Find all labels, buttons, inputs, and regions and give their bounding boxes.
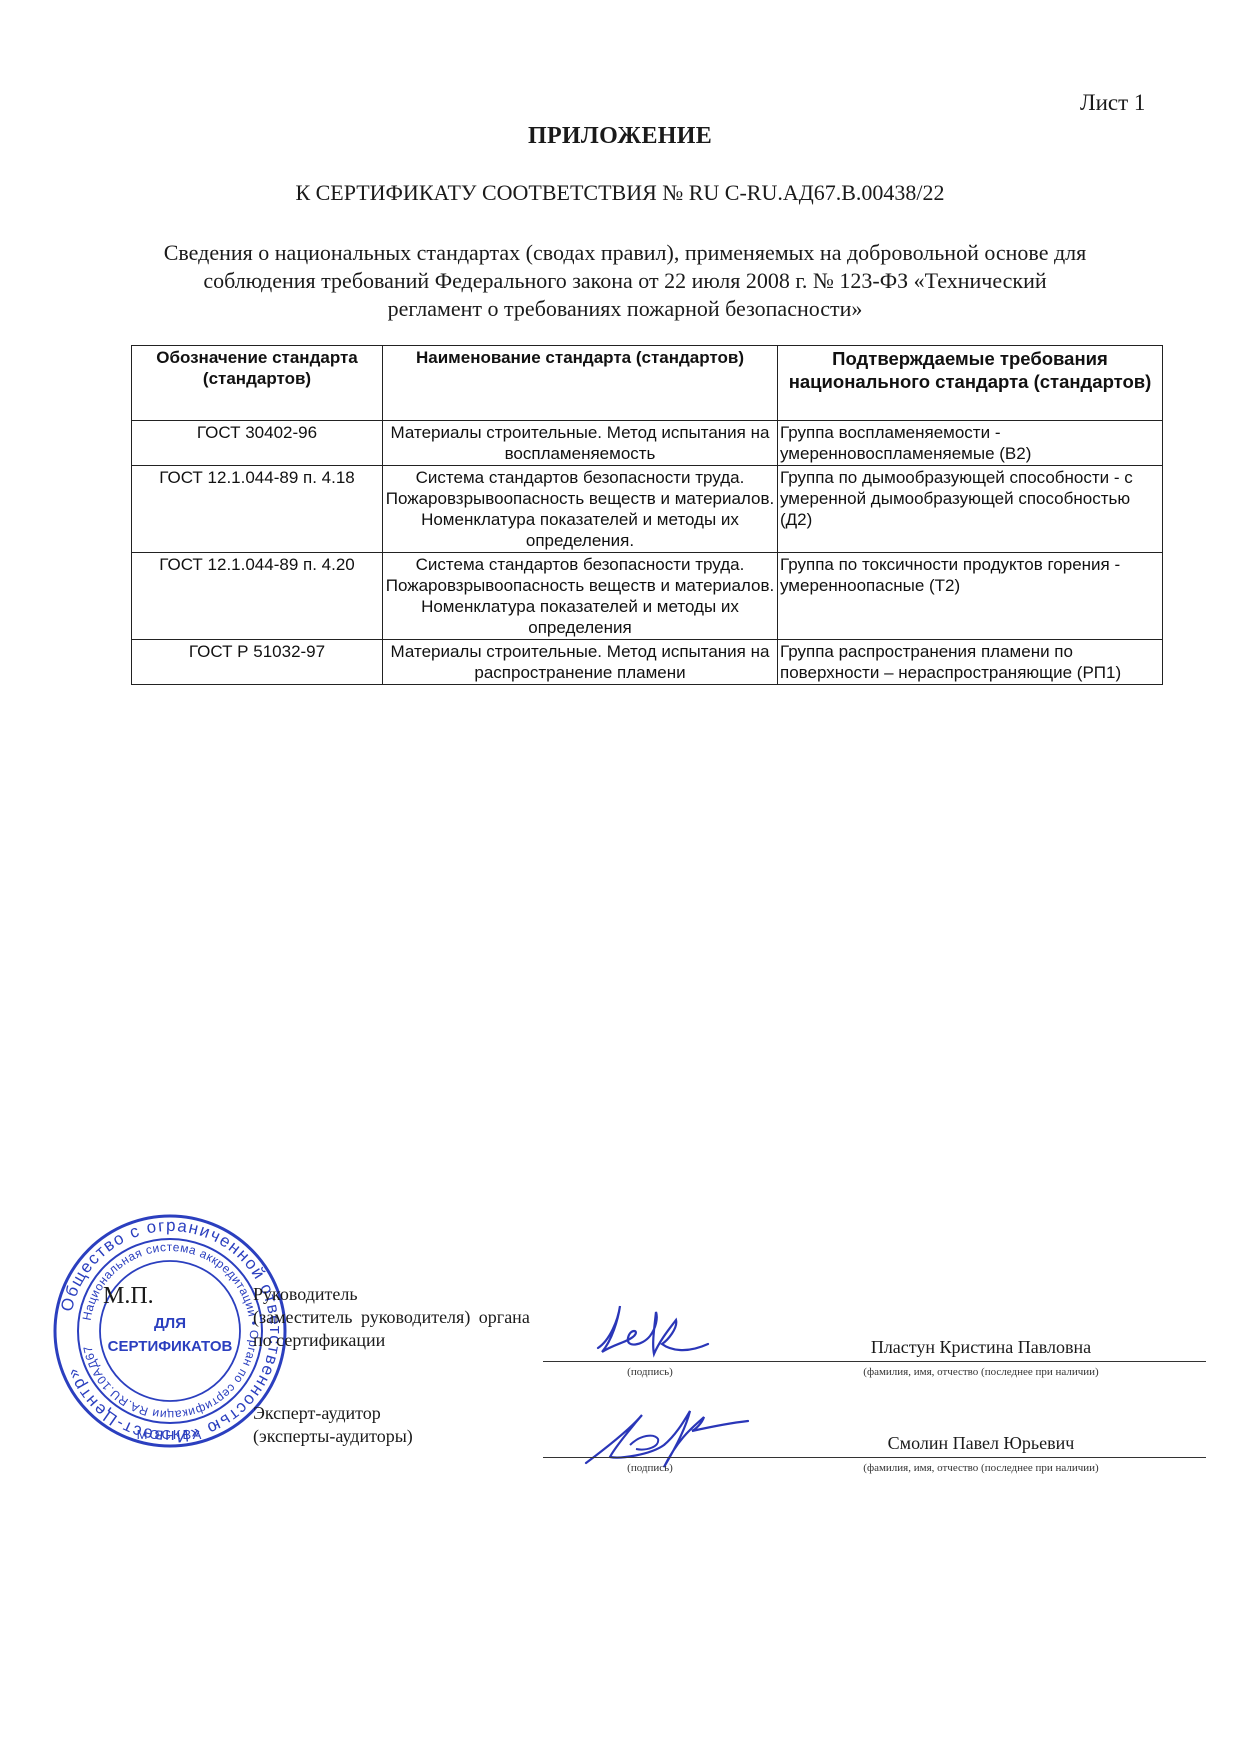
seal-label: М.П. <box>103 1283 154 1310</box>
cell-designation: ГОСТ Р 51032-97 <box>132 640 383 685</box>
cell-name: Материалы строительные. Метод испытания … <box>383 421 778 466</box>
svg-text:ДЛЯ: ДЛЯ <box>154 1315 186 1332</box>
cell-designation: ГОСТ 12.1.044-89 п. 4.20 <box>132 553 383 640</box>
role-line: по сертификации <box>253 1329 543 1352</box>
svg-text:СЕРТИФИКАТОВ: СЕРТИФИКАТОВ <box>108 1338 233 1355</box>
name-caption: (фамилия, имя, отчество (последнее при н… <box>756 1462 1206 1474</box>
table-row: ГОСТ Р 51032-97 Материалы строительные. … <box>132 640 1163 685</box>
certificate-reference: К СЕРТИФИКАТУ СООТВЕТСТВИЯ № RU C-RU.АД6… <box>0 180 1240 206</box>
head-role: Руководитель (заместитель руководителя) … <box>253 1283 543 1352</box>
role-line: Руководитель <box>253 1283 543 1306</box>
signature-caption: (подпись) <box>543 1366 757 1378</box>
column-header-designation: Обозначение стандарта (стандартов) <box>132 346 383 421</box>
standards-table: Обозначение стандарта (стандартов) Наиме… <box>131 345 1163 685</box>
role-line: (эксперты-аудиторы) <box>253 1425 543 1448</box>
signature-caption: (подпись) <box>543 1462 757 1474</box>
cell-name: Система стандартов безопасности труда. П… <box>383 466 778 553</box>
expert-full-name: Смолин Павел Юрьевич <box>756 1433 1206 1454</box>
table-row: ГОСТ 12.1.044-89 п. 4.18 Система стандар… <box>132 466 1163 553</box>
role-line: Эксперт-аудитор <box>253 1402 543 1425</box>
document-title: ПРИЛОЖЕНИЕ <box>0 123 1240 150</box>
head-signature-icon <box>590 1300 720 1362</box>
cell-requirements: Группа по токсичности продуктов горения … <box>778 553 1163 640</box>
intro-line: соблюдения требований Федерального закон… <box>95 267 1155 295</box>
intro-paragraph: Сведения о национальных стандартах (свод… <box>95 239 1155 323</box>
intro-line: регламент о требованиях пожарной безопас… <box>95 295 1155 323</box>
sheet-number: Лист 1 <box>1080 90 1145 116</box>
cell-requirements: Группа по дымообразующей способности - с… <box>778 466 1163 553</box>
table-row: ГОСТ 30402-96 Материалы строительные. Ме… <box>132 421 1163 466</box>
cell-name: Система стандартов безопасности труда. П… <box>383 553 778 640</box>
cell-designation: ГОСТ 12.1.044-89 п. 4.18 <box>132 466 383 553</box>
role-line: (заместитель руководителя) органа <box>253 1306 543 1329</box>
cell-requirements: Группа воспламеняемости - умеренновоспла… <box>778 421 1163 466</box>
table-row: ГОСТ 12.1.044-89 п. 4.20 Система стандар… <box>132 553 1163 640</box>
column-header-name: Наименование стандарта (стандартов) <box>383 346 778 421</box>
svg-text:МОСКВА: МОСКВА <box>137 1427 204 1442</box>
head-full-name: Пластун Кристина Павловна <box>756 1337 1206 1358</box>
name-caption: (фамилия, имя, отчество (последнее при н… <box>756 1366 1206 1378</box>
table-header-row: Обозначение стандарта (стандартов) Наиме… <box>132 346 1163 421</box>
cell-name: Материалы строительные. Метод испытания … <box>383 640 778 685</box>
intro-line: Сведения о национальных стандартах (свод… <box>95 239 1155 267</box>
cell-designation: ГОСТ 30402-96 <box>132 421 383 466</box>
expert-role: Эксперт-аудитор (эксперты-аудиторы) <box>253 1402 543 1448</box>
column-header-requirements: Подтверждаемые требования национального … <box>778 346 1163 421</box>
cell-requirements: Группа распространения пламени по поверх… <box>778 640 1163 685</box>
